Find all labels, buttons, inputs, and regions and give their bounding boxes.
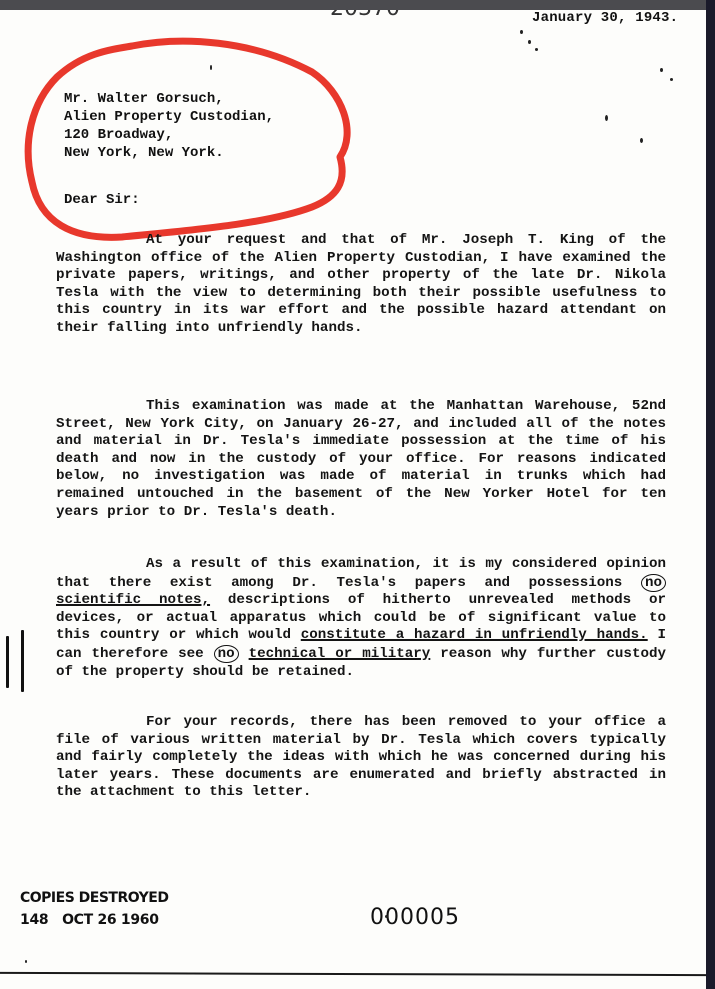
ink-speck	[670, 78, 673, 81]
paragraph-text: For your records, there has been removed…	[56, 714, 666, 800]
paragraph-4: For your records, there has been removed…	[56, 714, 666, 802]
top-number-fragment: 20370	[330, 10, 400, 21]
serial-number: 000005	[370, 905, 460, 930]
top-dark-band	[0, 0, 715, 10]
right-dark-border	[706, 0, 715, 989]
margin-line-mark	[6, 636, 9, 688]
ink-speck	[25, 960, 27, 963]
address-line: Mr. Walter Gorsuch,	[64, 90, 274, 108]
underlined-phrase: constitute a hazard in unfriendly hands.	[301, 627, 648, 643]
underlined-phrase: scientific notes,	[56, 592, 210, 608]
ink-speck	[520, 30, 523, 34]
paragraph-text: At your request and that of Mr. Joseph T…	[56, 232, 666, 336]
address-line: New York, New York.	[64, 144, 274, 162]
spacer-text	[239, 646, 249, 662]
letter-page: 20370 January 30, 1943. Mr. Walter Gorsu…	[0, 10, 706, 989]
letter-date: January 30, 1943.	[532, 10, 678, 26]
salutation: Dear Sir:	[64, 192, 140, 208]
recipient-address: Mr. Walter Gorsuch, Alien Property Custo…	[64, 90, 274, 162]
stamp-line-2: 148 OCT 26 1960	[20, 912, 169, 928]
ink-speck	[660, 68, 663, 72]
address-line: 120 Broadway,	[64, 126, 274, 144]
stamp-line-1: COPIES DESTROYED	[20, 890, 169, 906]
circled-word-no: no	[641, 574, 666, 592]
stamp-number: 148	[20, 912, 48, 928]
paragraph-1: At your request and that of Mr. Joseph T…	[56, 232, 666, 338]
ink-speck	[640, 138, 643, 143]
ink-speck	[605, 115, 608, 121]
ink-speck	[535, 48, 538, 51]
bottom-rule-line	[0, 972, 706, 976]
ink-speck	[528, 40, 531, 44]
ink-speck	[210, 65, 212, 70]
ink-speck	[385, 915, 388, 918]
margin-line-mark	[21, 630, 24, 692]
circled-word-no: no	[214, 645, 239, 663]
address-line: Alien Property Custodian,	[64, 108, 274, 126]
paragraph-text: As a result of this examination, it is m…	[56, 556, 666, 591]
paragraph-text: This examination was made at the Manhatt…	[56, 398, 666, 520]
underlined-phrase: technical or military	[249, 646, 431, 662]
stamp-date: OCT 26 1960	[62, 912, 159, 928]
paragraph-2: This examination was made at the Manhatt…	[56, 398, 666, 521]
copies-destroyed-stamp: COPIES DESTROYED 148 OCT 26 1960	[20, 890, 169, 928]
paragraph-3: As a result of this examination, it is m…	[56, 556, 666, 681]
